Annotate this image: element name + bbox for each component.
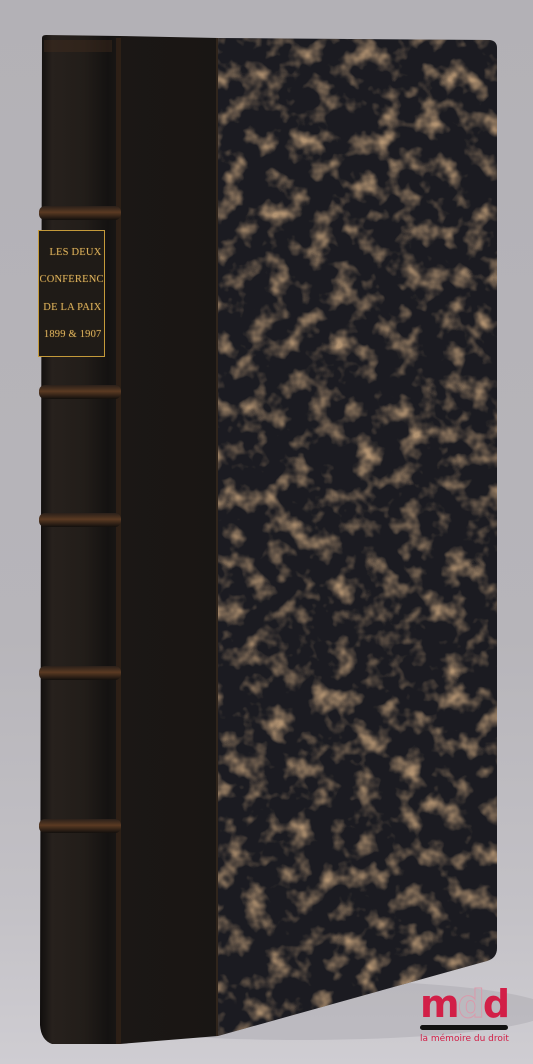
- spine-title-label: LES DEUX CONFÉRENCES DE LA PAIX 1899 & 1…: [38, 230, 105, 357]
- spine-title-line-4: 1899 & 1907: [40, 329, 104, 340]
- book: LES DEUX CONFÉRENCES DE LA PAIX 1899 & 1…: [0, 0, 533, 1064]
- spine-title-line-1: LES DEUX: [40, 247, 104, 258]
- spine-title-line-2: CONFÉRENCES: [40, 274, 104, 285]
- mdd-logo: mdd la mémoire du droit: [420, 985, 520, 1047]
- leather-strip: [120, 36, 218, 1044]
- logo-mark: mdd: [420, 985, 508, 1023]
- logo-tagline: la mémoire du droit: [420, 1034, 509, 1044]
- spine-title-line-3: DE LA PAIX: [40, 302, 104, 313]
- logo-divider: [420, 1025, 508, 1030]
- product-photo: LES DEUX CONFÉRENCES DE LA PAIX 1899 & 1…: [0, 0, 533, 1064]
- marbled-board: [218, 38, 498, 1038]
- spine: [40, 35, 120, 1044]
- book-illustration: [0, 0, 533, 1064]
